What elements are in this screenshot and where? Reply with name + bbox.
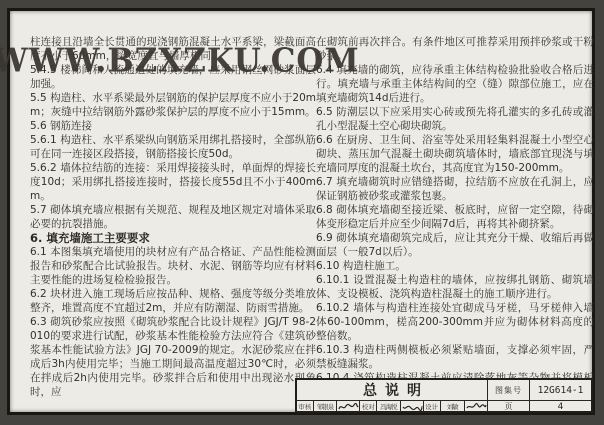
signature-scribble-icon [465, 401, 487, 412]
signer-design: 设计 刘敏 [424, 401, 487, 412]
left-text-column: 柱连接且沿墙全长贯通的现浇钢筋混凝土水平系梁，梁截面高度不小于60mm，梁宽度宜… [30, 35, 316, 399]
paragraph: 6.9 砌体填充墙砌筑完成后，应让其充分干燥、收缩后再做面层（一般7d以后）。 [316, 231, 594, 259]
proofreader-name: 冯海悦 [377, 401, 401, 412]
paragraph: 6.10.1 设置混凝土构造柱的墙体，应按绑扎钢筋、砌筑墙体、支设模板、浇筑构造… [316, 273, 594, 301]
title-block-row-top: 总说明 图集号 12G614-1 [297, 380, 591, 400]
paragraph: 5.5 构造柱、水平系梁最外层钢筋的保护层厚度不应小于20mm；灰缝中拉结钢筋外… [30, 91, 316, 119]
paragraph: 6.10.3 构造柱两侧模板必须紧贴墙面，支撑必须牢固，严禁板缝漏浆。 [316, 343, 594, 371]
paragraph: 5.6 钢筋连接 [30, 119, 316, 133]
atlas-number-value: 12G614-1 [529, 380, 591, 400]
paragraph: 6.2 块材进入施工现场后应按品种、规格、强度等级分类堆放整齐，堆置高度不宜超过… [30, 287, 316, 315]
title-block-row-bottom: 审核 邹银泉 校对 冯海悦 设计 刘敏 [297, 400, 591, 412]
paragraph: 6.10.2 墙体与构造柱连接处宜砌成马牙槎，马牙槎伸入墙体60-100mm，槎… [316, 301, 594, 343]
paragraph: 6.10 构造柱施工。 [316, 259, 594, 273]
right-text-column: 在砌筑前再次拌合。有条件地区可推荐采用预拌砂浆或干粉砂浆。 6.4 填充墙的砌筑… [316, 35, 594, 399]
review-label: 审核 [297, 401, 314, 412]
paragraph: 5.7 砌体填充墙应根据有关规范、规程及地区规定对墙体采取必要的抗裂措施。 [30, 203, 316, 231]
paragraph: 6.7 填充墙砌筑时应错缝搭砌，拉结筋不应放在孔洞上，应保证钢筋被砂浆或灌浆包裹… [316, 175, 594, 203]
section-heading: 6. 填充墙施工主要要求 [30, 231, 316, 245]
signer-review: 审核 邹银泉 [297, 401, 360, 412]
paragraph: 5.6.1 构造柱、水平系梁纵向钢筋采用绑扎搭接时，全部纵筋可在同一连接区段搭接… [30, 133, 316, 161]
atlas-number-label: 图集号 [487, 380, 529, 400]
paragraph: 6.6 在厨房、卫生间、浴室等处采用轻集料混凝土小型空心砌块、蒸压加气混凝土砌块… [316, 133, 594, 175]
scanned-document: { "watermark": "WWW.BZXZKU.COM", "colors… [0, 0, 604, 425]
paragraph: 6.3 砌筑砂浆应按照《砌筑砂浆配合比设计规程》JGJ/T 98-2010的要求… [30, 315, 316, 399]
drawing-title: 总说明 [297, 380, 487, 400]
site-watermark: WWW.BZXZKU.COM [0, 42, 360, 80]
page-number: 4 [529, 401, 591, 412]
reviewer-name: 邹银泉 [314, 401, 338, 412]
signature-scribble-icon [337, 401, 360, 412]
page-label: 页 [487, 401, 529, 412]
proof-label: 校对 [360, 401, 377, 412]
signer-strip: 审核 邹银泉 校对 冯海悦 设计 刘敏 [297, 401, 487, 412]
design-label: 设计 [424, 401, 441, 412]
signer-proof: 校对 冯海悦 [360, 401, 423, 412]
paragraph: 6.5 防潮层以下应采用实心砖或预先将孔灌实的多孔砖或灌孔小型混凝土空心砌块砌筑… [316, 105, 594, 133]
paragraph: 6.8 砌体填充墙砌至接近梁、板底时，应留一定空隙，待砌体变形稳定后并应至少间隔… [316, 203, 594, 231]
designer-name: 刘敏 [441, 401, 465, 412]
title-block: 总说明 图集号 12G614-1 审核 邹银泉 校对 冯海悦 [295, 378, 593, 413]
paragraph: 6.1 本图集填充墙使用的块材应有产品合格证、产品性能检测报告和砂浆配合比试验报… [30, 245, 316, 287]
signature-scribble-icon [401, 401, 424, 412]
paragraph: 5.6.2 墙体拉结筋的连接：采用焊接接头时，单面焊的焊接长度10d；采用绑扎搭… [30, 161, 316, 203]
